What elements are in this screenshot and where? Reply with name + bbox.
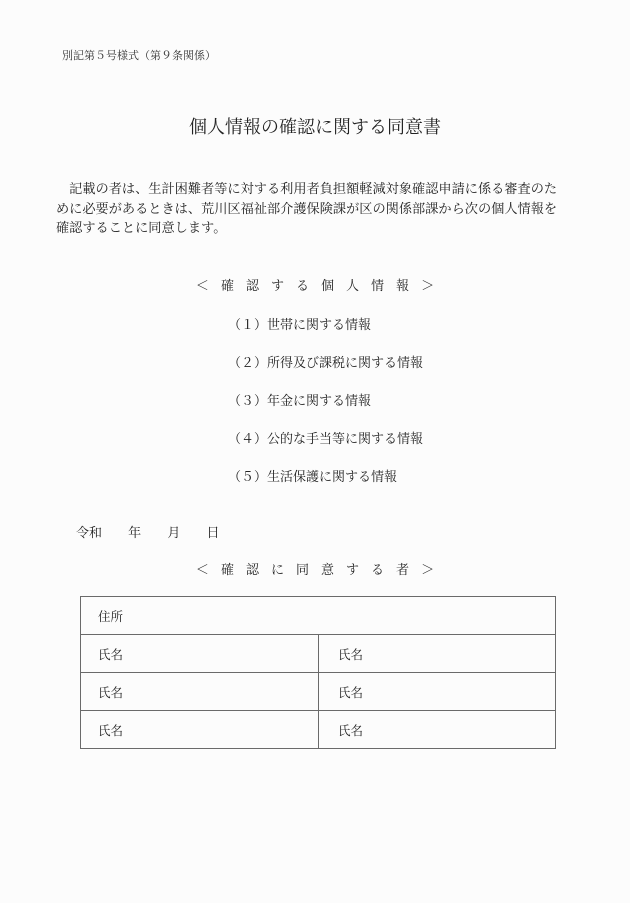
consenter-section-heading: ＜確認に同意する者＞	[0, 559, 630, 578]
name-label: 氏名	[98, 723, 123, 738]
info-item-allowances: （４）公的な手当等に関する情報	[228, 428, 423, 447]
name-label: 氏名	[98, 647, 123, 662]
name-field-left[interactable]: 氏名	[81, 711, 319, 749]
consenter-table: 住所 氏名 氏名 氏名 氏名 氏名 氏名	[80, 596, 556, 749]
address-row: 住所	[81, 597, 556, 635]
statement-line: めに必要があるときは、荒川区福祉部介護保険課が区の関係部課から次の個人情報を	[56, 200, 576, 220]
statement-line: 確認することに同意します。	[56, 219, 576, 239]
address-field[interactable]: 住所	[81, 597, 556, 635]
date-year: 年	[128, 522, 141, 541]
name-label: 氏名	[98, 685, 123, 700]
info-item-household: （１）世帯に関する情報	[228, 314, 371, 333]
info-item-income-tax: （２）所得及び課税に関する情報	[228, 352, 423, 371]
name-field-right[interactable]: 氏名	[319, 673, 556, 711]
date-era: 令和	[76, 522, 102, 541]
name-row: 氏名 氏名	[81, 635, 556, 673]
statement-line: 記載の者は、生計困難者等に対する利用者負担額軽減対象確認申請に係る審査のた	[56, 180, 576, 200]
address-label: 住所	[98, 609, 123, 624]
name-label: 氏名	[338, 647, 363, 662]
name-field-right[interactable]: 氏名	[319, 711, 556, 749]
info-section-heading: ＜確認する個人情報＞	[0, 275, 630, 294]
date-month: 月	[167, 522, 180, 541]
name-field-right[interactable]: 氏名	[319, 635, 556, 673]
date-day: 日	[206, 522, 219, 541]
name-row: 氏名 氏名	[81, 711, 556, 749]
name-field-left[interactable]: 氏名	[81, 673, 319, 711]
name-field-left[interactable]: 氏名	[81, 635, 319, 673]
info-item-pension: （３）年金に関する情報	[228, 390, 371, 409]
info-item-welfare: （５）生活保護に関する情報	[228, 466, 397, 485]
name-label: 氏名	[338, 685, 363, 700]
form-reference: 別記第５号様式（第９条関係）	[62, 47, 216, 63]
document-title: 個人情報の確認に関する同意書	[0, 113, 630, 139]
name-label: 氏名	[338, 723, 363, 738]
name-row: 氏名 氏名	[81, 673, 556, 711]
date-line: 令和 年 月 日	[76, 522, 219, 541]
consent-statement: 記載の者は、生計困難者等に対する利用者負担額軽減対象確認申請に係る審査のた めに…	[56, 180, 576, 239]
